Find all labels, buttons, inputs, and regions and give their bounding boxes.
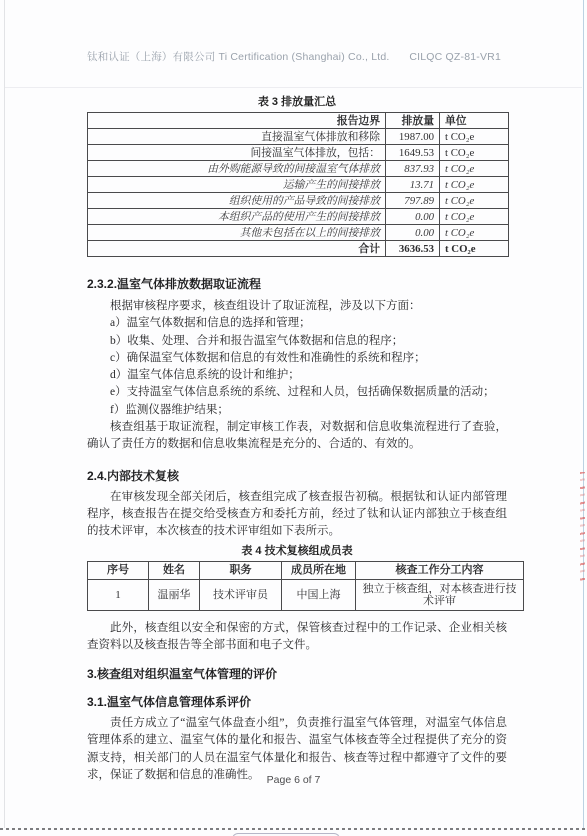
list-item-d: d）温室气体信息系统的设计和维护； (110, 367, 507, 384)
col-header-boundary: 报告边界 (88, 113, 386, 129)
table-row: 本组织产品的使用产生的间接排放 0.00 t CO₂e (88, 209, 509, 225)
row-unit: t CO₂e (440, 129, 509, 145)
paragraph-232-closing: 核查组基于取证流程，制定审核工作表，对数据和信息收集流程进行了查验，确认了责任方… (87, 419, 507, 454)
table-row: 其他未包括在以上的间接排放 0.00 t CO₂e (88, 225, 509, 241)
row-value: 0.00 (386, 225, 440, 241)
list-item-f: f）监测仪器维护结果； (110, 402, 507, 419)
section-heading-31: 3.1.温室气体信息管理体系评价 (87, 695, 507, 710)
col-header-emission: 排放量 (386, 113, 440, 129)
row-unit: t CO₂e (440, 193, 509, 209)
row-value: 3636.53 (386, 241, 440, 257)
row-label: 由外购能源导致的间接温室气体排放 (88, 161, 386, 177)
row-unit: t CO₂e (440, 145, 509, 161)
table-header-row: 报告边界 排放量 单位 (88, 113, 509, 129)
document-body: 表 3 排放量汇总 报告边界 排放量 单位 直接温室气体排放和移除 1987.0… (87, 96, 507, 784)
cell-no: 1 (88, 579, 149, 610)
row-value: 1649.53 (386, 145, 440, 161)
header-divider (5, 87, 582, 88)
section-heading-232: 2.3.2.温室气体排放数据取证流程 (87, 277, 507, 292)
table-total-row: 合计 3636.53 t CO₂e (88, 241, 509, 257)
table-row: 组织使用的产品导致的间接排放 797.89 t CO₂e (88, 193, 509, 209)
row-value: 1987.00 (386, 129, 440, 145)
table-row: 直接温室气体排放和移除 1987.00 t CO₂e (88, 129, 509, 145)
col-header-duty: 核查工作分工内容 (356, 561, 524, 579)
row-unit: t CO₂e (440, 161, 509, 177)
table-header-row: 序号 姓名 职务 成员所在地 核查工作分工内容 (88, 561, 524, 579)
emissions-summary-table: 报告边界 排放量 单位 直接温室气体排放和移除 1987.00 t CO₂e 间… (87, 112, 509, 257)
review-team-table: 序号 姓名 职务 成员所在地 核查工作分工内容 1 温丽华 技术评审员 中国上海… (87, 561, 524, 611)
paragraph-24: 在审核发现全部关闭后，核查组完成了核查报告初稿。根据钛和认证内部管理程序，核查报… (87, 489, 507, 541)
row-label: 合计 (88, 241, 386, 257)
row-label: 本组织产品的使用产生的间接排放 (88, 209, 386, 225)
cell-name: 温丽华 (149, 579, 200, 610)
page-right-edge (583, 0, 584, 828)
row-unit: t CO₂e (440, 225, 509, 241)
row-label: 其他未包括在以上的间接排放 (88, 225, 386, 241)
table4-title: 表 4 技术复核组成员表 (87, 545, 507, 558)
page-left-edge (4, 0, 5, 828)
list-item-c: c）确保温室气体数据和信息的有效性和准确性的系统和程序； (110, 350, 507, 367)
row-label: 间接温室气体排放，包括： (88, 145, 386, 161)
row-unit: t CO₂e (440, 241, 509, 257)
page-header: 钛和认证（上海）有限公司 Ti Certification (Shanghai)… (87, 49, 501, 64)
doc-code: CILQC QZ-81-VR1 (409, 51, 501, 63)
row-value: 837.93 (386, 161, 440, 177)
table-row: 1 温丽华 技术评审员 中国上海 独立于核查组，对本核查进行技术评审 (88, 579, 524, 610)
list-item-b: b）收集、处理、合并和报告温室气体数据和信息的程序； (110, 333, 507, 350)
row-unit: t CO₂e (440, 209, 509, 225)
col-header-name: 姓名 (149, 561, 200, 579)
col-header-no: 序号 (88, 561, 149, 579)
row-label: 运输产生的间接排放 (88, 177, 386, 193)
paragraph-232-intro: 根据审核程序要求，核查组设计了取证流程，涉及以下方面： (87, 298, 507, 315)
section-heading-3: 3.核查组对组织温室气体管理的评价 (87, 667, 507, 682)
list-item-e: e）支持温室气体信息系统的系统、过程和人员，包括确保数据质量的活动； (110, 384, 507, 401)
cell-location: 中国上海 (282, 579, 356, 610)
section-heading-24: 2.4.内部技术复核 (87, 469, 507, 484)
page-break-dashed-line (0, 828, 587, 830)
footer-page-number: Page 6 of 7 (0, 774, 587, 786)
table-row: 由外购能源导致的间接温室气体排放 837.93 t CO₂e (88, 161, 509, 177)
row-label: 直接温室气体排放和移除 (88, 129, 386, 145)
table-row: 运输产生的间接排放 13.71 t CO₂e (88, 177, 509, 193)
cell-role: 技术评审员 (200, 579, 282, 610)
table-row: 间接温室气体排放，包括： 1649.53 t CO₂e (88, 145, 509, 161)
row-value: 13.71 (386, 177, 440, 193)
list-item-a: a）温室气体数据和信息的选择和管理； (110, 315, 507, 332)
company-name: 钛和认证（上海）有限公司 Ti Certification (Shanghai)… (87, 49, 390, 64)
col-header-location: 成员所在地 (282, 561, 356, 579)
paragraph-security-note: 此外，核查组以安全和保密的方式，保管核查过程中的工作记录、企业相关核查资料以及核… (87, 620, 507, 655)
red-stamp-marks (580, 472, 585, 584)
row-label: 组织使用的产品导致的间接排放 (88, 193, 386, 209)
col-header-role: 职务 (200, 561, 282, 579)
cell-duty: 独立于核查组，对本核查进行技术评审 (356, 579, 524, 610)
row-value: 797.89 (386, 193, 440, 209)
row-unit: t CO₂e (440, 177, 509, 193)
row-value: 0.00 (386, 209, 440, 225)
col-header-unit: 单位 (440, 113, 509, 129)
table3-title: 表 3 排放量汇总 (87, 96, 507, 109)
